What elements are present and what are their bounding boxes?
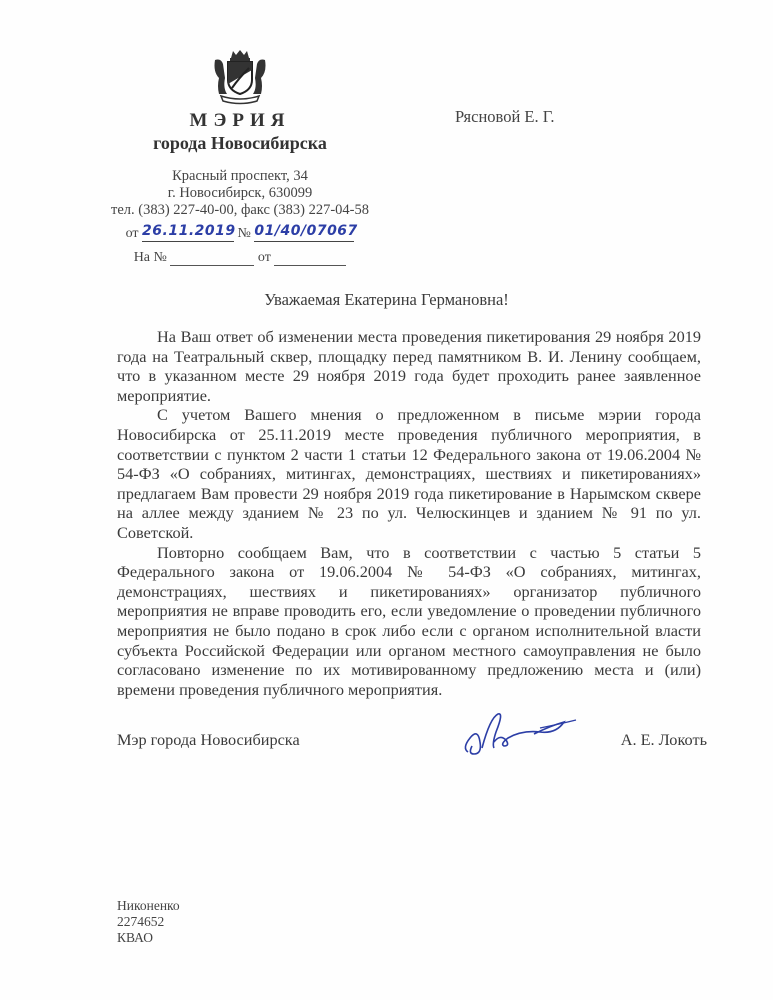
- executor-department: КВАО: [117, 930, 180, 946]
- org-name: МЭРИЯ: [100, 110, 380, 132]
- date-prefix: от: [126, 226, 139, 241]
- outgoing-number: 01/40/07067: [254, 223, 357, 239]
- executor-info: Никоненко 2274652 КВАО: [117, 898, 180, 946]
- org-city: города Новосибирска: [100, 133, 380, 154]
- reply-number-prefix: На №: [134, 250, 167, 265]
- executor-name: Никоненко: [117, 898, 180, 914]
- outgoing-number-field: 01/40/07067: [254, 225, 354, 242]
- letter-body: На Ваш ответ об изменении места проведен…: [117, 327, 701, 699]
- org-address: Красный проспект, 34 г. Новосибирск, 630…: [100, 168, 380, 219]
- signature-block: Мэр города Новосибирска А. Е. Локоть: [117, 730, 707, 770]
- contacts: тел. (383) 227-40-00, факс (383) 227-04-…: [100, 202, 380, 219]
- body-paragraph: Повторно сообщаем Вам, что в соответстви…: [117, 543, 701, 700]
- reply-date-prefix: от: [258, 250, 271, 265]
- address-city: г. Новосибирск, 630099: [100, 185, 380, 202]
- addressee: Рясновой Е. Г.: [455, 107, 555, 127]
- address-street: Красный проспект, 34: [100, 168, 380, 185]
- signatory-name: А. Е. Локоть: [621, 730, 707, 750]
- body-paragraph: С учетом Вашего мнения о предложенном в …: [117, 405, 701, 542]
- body-paragraph: На Ваш ответ об изменении места проведен…: [117, 327, 701, 405]
- reply-line: На № от: [100, 250, 380, 266]
- letterhead: МЭРИЯ города Новосибирска Красный проспе…: [100, 48, 380, 266]
- salutation: Уважаемая Екатерина Германовна!: [0, 290, 773, 310]
- letter-page: МЭРИЯ города Новосибирска Красный проспе…: [0, 0, 773, 1000]
- registration-line: от 26.11.2019 № 01/40/07067: [100, 225, 380, 242]
- outgoing-date: 26.11.2019: [142, 223, 236, 239]
- signature-icon: [460, 708, 580, 760]
- number-prefix: №: [238, 226, 251, 241]
- coat-of-arms-icon: [209, 48, 271, 106]
- outgoing-date-field: 26.11.2019: [142, 225, 234, 242]
- reply-number-blank: [170, 251, 254, 266]
- executor-phone: 2274652: [117, 914, 180, 930]
- reply-date-blank: [274, 251, 346, 266]
- signatory-title: Мэр города Новосибирска: [117, 730, 300, 750]
